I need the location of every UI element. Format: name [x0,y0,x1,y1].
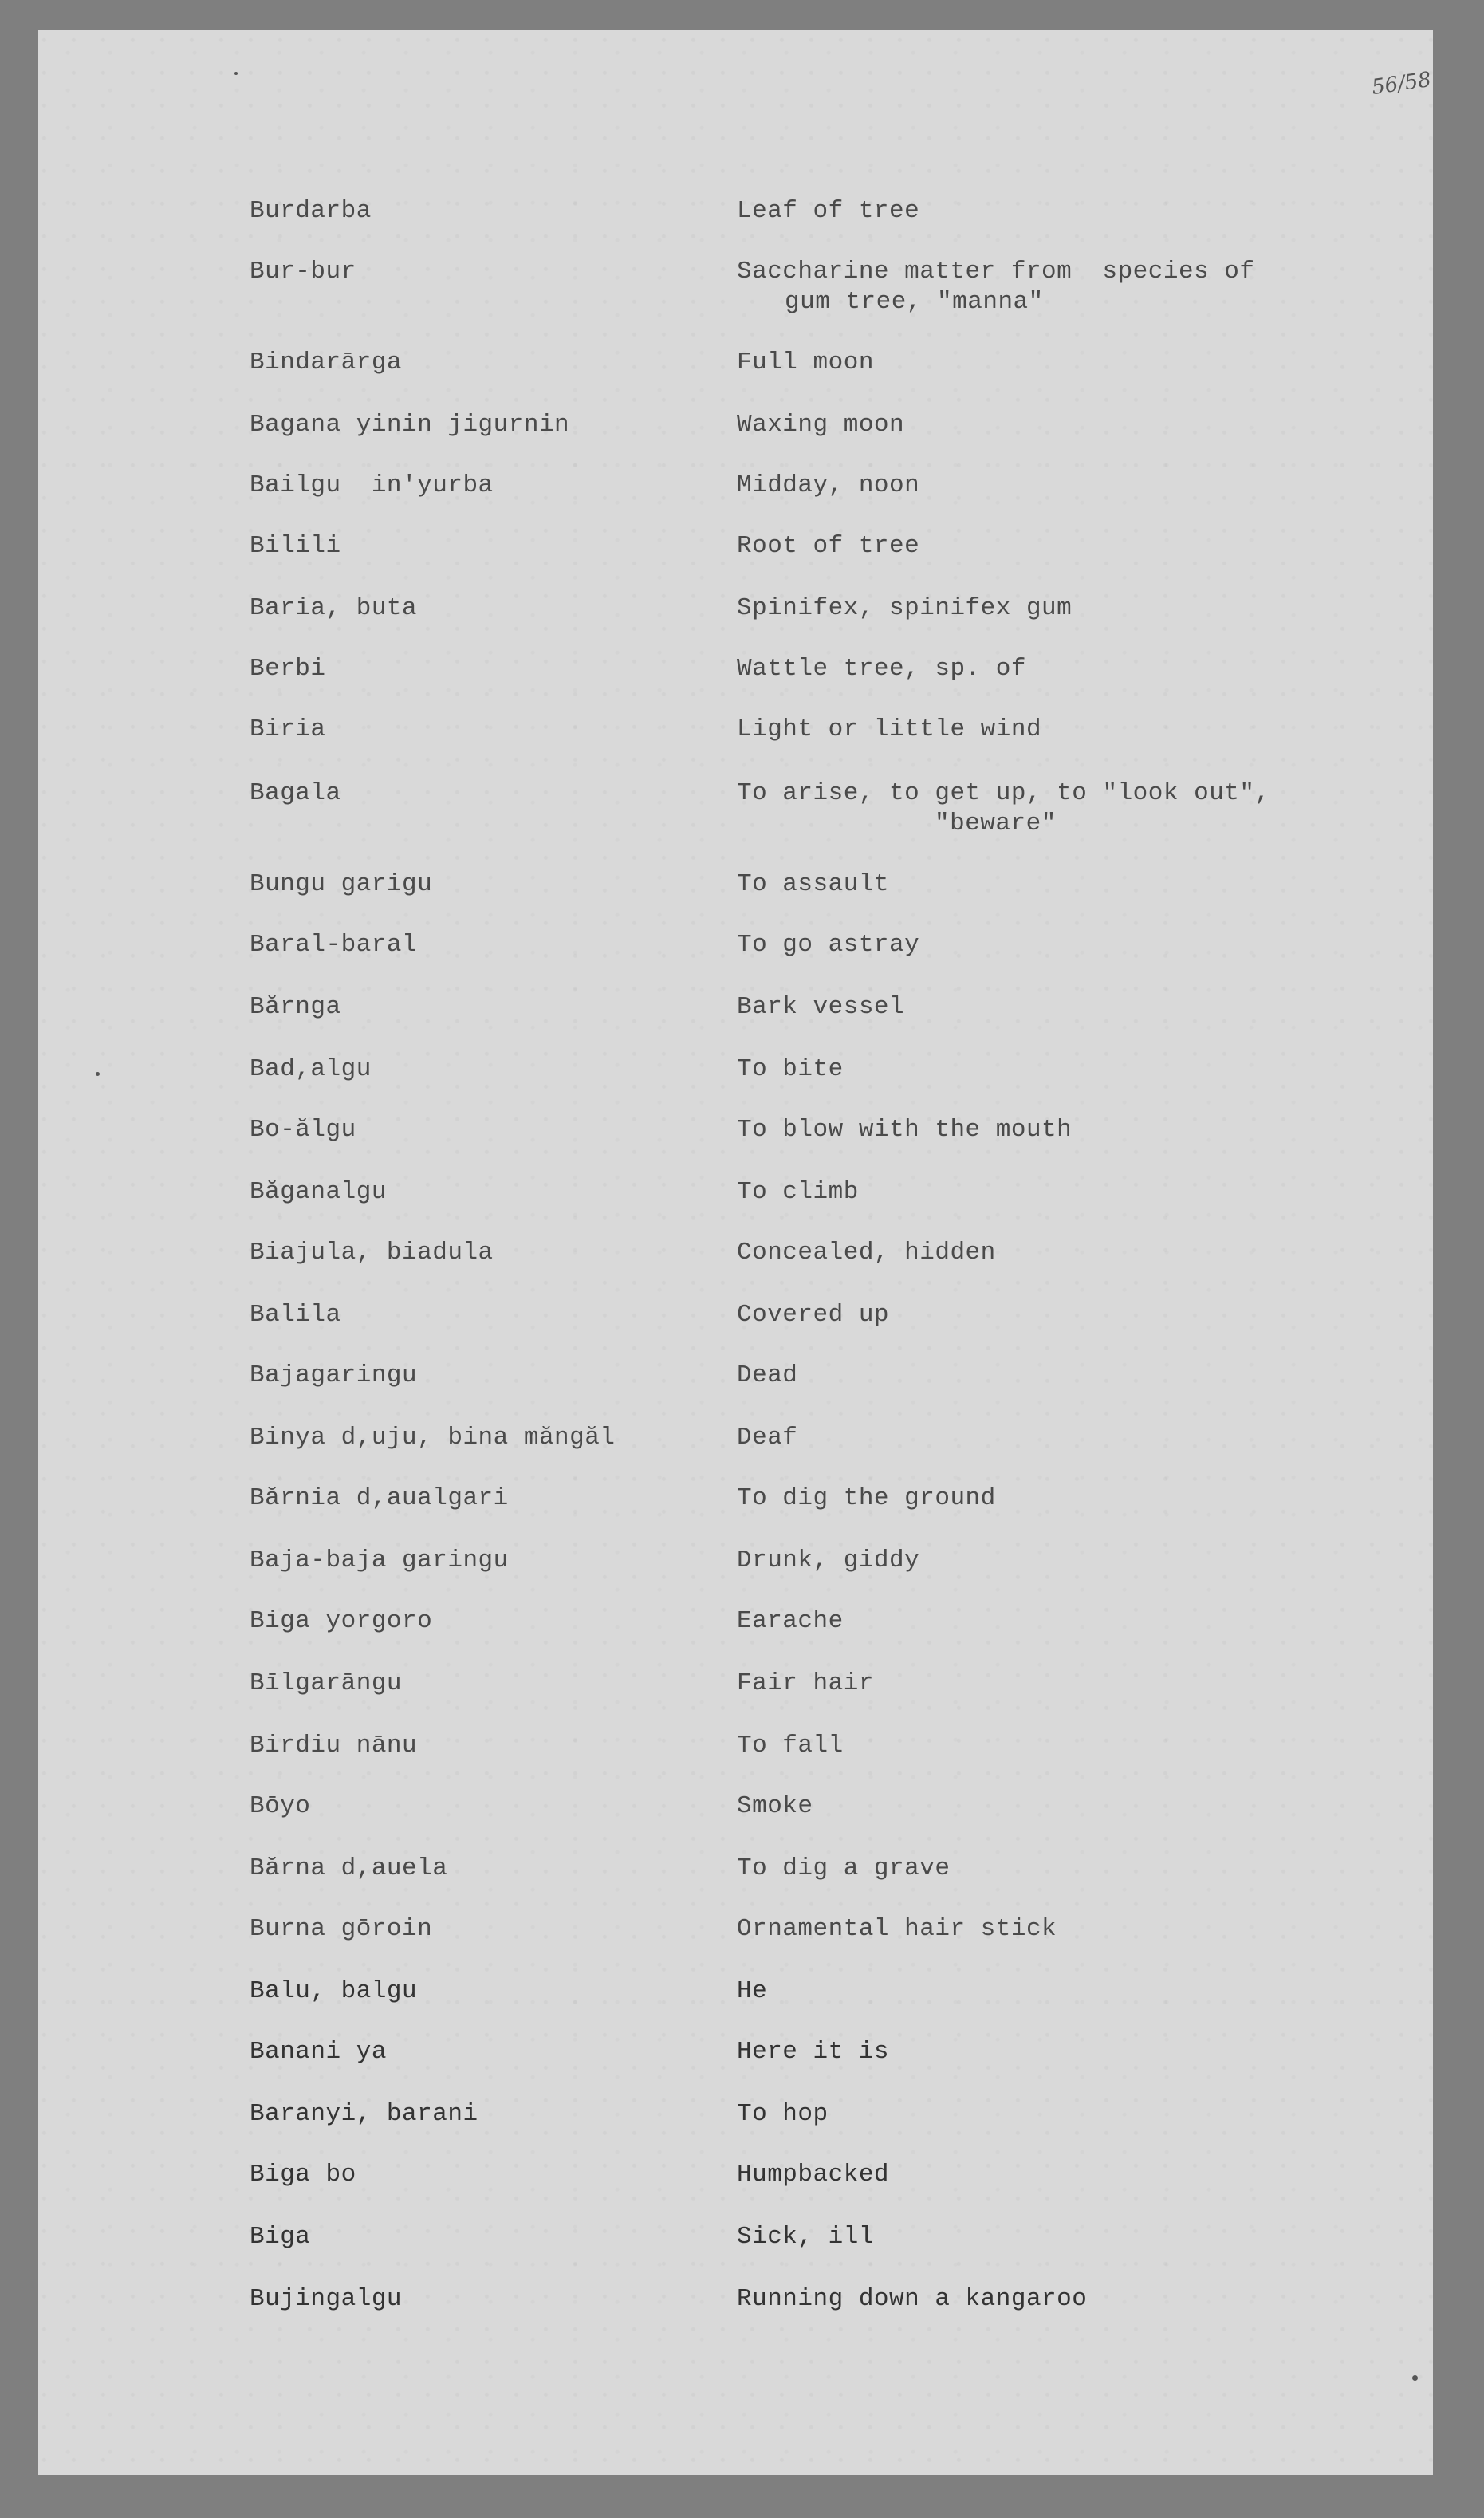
english-meaning: To go astray [737,930,919,960]
aboriginal-word: Băganalgu [250,1177,387,1208]
english-meaning: Covered up [737,1300,889,1330]
ink-speck [96,1072,100,1076]
meaning-line: Earache [737,1606,844,1637]
english-meaning: Concealed, hidden [737,1238,996,1268]
english-meaning: To hop [737,2099,829,2130]
aboriginal-word: Bagana yinin jigurnin [250,410,569,440]
aboriginal-word: Baral-baral [250,930,417,960]
english-meaning: Drunk, giddy [737,1546,919,1576]
meaning-line: He [737,1976,767,2007]
meaning-line: Smoke [737,1791,813,1822]
meaning-line: Concealed, hidden [737,1238,996,1268]
aboriginal-word: Berbi [250,654,326,684]
meaning-line: Here it is [737,2037,889,2067]
meaning-line: To assault [737,869,889,900]
meaning-line: To hop [737,2099,829,2130]
meaning-line: Fair hair [737,1669,874,1699]
meaning-line: Light or little wind [737,715,1041,745]
english-meaning: Sick, ill [737,2222,874,2252]
aboriginal-word: Bīlgarāngu [250,1669,402,1699]
aboriginal-word: Biria [250,715,326,745]
ink-speck [234,72,238,75]
aboriginal-word: Balila [250,1300,341,1330]
aboriginal-word: Biga bo [250,2160,356,2190]
english-meaning: Here it is [737,2037,889,2067]
aboriginal-word: Bărnia d,aualgari [250,1484,509,1514]
english-meaning: To arise, to get up, to "look out","bewa… [737,778,1270,839]
english-meaning: Running down a kangaroo [737,2284,1087,2315]
aboriginal-word: Bujingalgu [250,2284,402,2315]
meaning-line: Leaf of tree [737,196,919,227]
meaning-line: To dig a grave [737,1854,950,1884]
meaning-line: Root of tree [737,531,919,562]
meaning-line: To bite [737,1054,844,1085]
meaning-line: Spinifex, spinifex gum [737,593,1072,624]
aboriginal-word: Banani ya [250,2037,387,2067]
aboriginal-word: Baria, buta [250,593,417,624]
aboriginal-word: Bărnga [250,992,341,1023]
meaning-line: Humpbacked [737,2160,889,2190]
aboriginal-word: Bōyo [250,1791,310,1822]
aboriginal-word: Baranyi, barani [250,2099,478,2130]
english-meaning: Wattle tree, sp. of [737,654,1026,684]
english-meaning: Dead [737,1361,797,1391]
aboriginal-word: Biga yorgoro [250,1606,432,1637]
aboriginal-word: Bilili [250,531,341,562]
meaning-line: Drunk, giddy [737,1546,919,1576]
aboriginal-word: Binya d,uju, bina măngăl [250,1423,615,1453]
meaning-line: Full moon [737,348,874,378]
english-meaning: Root of tree [737,531,919,562]
typed-page: 56/58 BurdarbaLeaf of treeBur-burSacchar… [38,30,1433,2475]
aboriginal-word: Biga [250,2222,310,2252]
english-meaning: Spinifex, spinifex gum [737,593,1072,624]
meaning-line: Deaf [737,1423,797,1453]
meaning-line: Sick, ill [737,2222,874,2252]
page-number: 56/58 [1370,68,1432,100]
aboriginal-word: Baja-baja garingu [250,1546,509,1576]
aboriginal-word: Burdarba [250,196,372,227]
aboriginal-word: Burna gōroin [250,1914,432,1945]
aboriginal-word: Birdiu nānu [250,1731,417,1761]
aboriginal-word: Bărna d,auela [250,1854,447,1884]
english-meaning: Earache [737,1606,844,1637]
english-meaning: To climb [737,1177,859,1208]
meaning-line: To blow with the mouth [737,1115,1072,1145]
english-meaning: To dig a grave [737,1854,950,1884]
english-meaning: To blow with the mouth [737,1115,1072,1145]
aboriginal-word: Biajula, biadula [250,1238,494,1268]
meaning-line: Waxing moon [737,410,904,440]
english-meaning: Leaf of tree [737,196,919,227]
english-meaning: Deaf [737,1423,797,1453]
meaning-line: Bark vessel [737,992,904,1023]
english-meaning: Bark vessel [737,992,904,1023]
english-meaning: Fair hair [737,1669,874,1699]
aboriginal-word: Bad,algu [250,1054,372,1085]
english-meaning: To fall [737,1731,844,1761]
meaning-line: To dig the ground [737,1484,996,1514]
meaning-line: Midday, noon [737,471,919,501]
english-meaning: Ornamental hair stick [737,1914,1057,1945]
english-meaning: Full moon [737,348,874,378]
meaning-line: Wattle tree, sp. of [737,654,1026,684]
meaning-line: To fall [737,1731,844,1761]
english-meaning: He [737,1976,767,2007]
meaning-line: To arise, to get up, to "look out", [737,778,1270,809]
english-meaning: Humpbacked [737,2160,889,2190]
aboriginal-word: Bajagaringu [250,1361,417,1391]
meaning-line: Saccharine matter from species of [737,257,1255,287]
aboriginal-word: Bagala [250,778,341,809]
meaning-continuation: "beware" [737,809,1270,839]
english-meaning: Midday, noon [737,471,919,501]
aboriginal-word: Balu, balgu [250,1976,417,2007]
aboriginal-word: Bailgu in'yurba [250,471,494,501]
english-meaning: To assault [737,869,889,900]
english-meaning: To bite [737,1054,844,1085]
meaning-line: Running down a kangaroo [737,2284,1087,2315]
meaning-line: Ornamental hair stick [737,1914,1057,1945]
meaning-line: To climb [737,1177,859,1208]
aboriginal-word: Bo-ălgu [250,1115,356,1145]
english-meaning: To dig the ground [737,1484,996,1514]
english-meaning: Smoke [737,1791,813,1822]
meaning-line: Dead [737,1361,797,1391]
english-meaning: Light or little wind [737,715,1041,745]
meaning-line: To go astray [737,930,919,960]
aboriginal-word: Bindarārga [250,348,402,378]
aboriginal-word: Bur-bur [250,257,356,287]
english-meaning: Saccharine matter from species ofgum tre… [737,257,1255,317]
ink-speck [1412,2375,1418,2381]
meaning-line: Covered up [737,1300,889,1330]
english-meaning: Waxing moon [737,410,904,440]
meaning-continuation: gum tree, "manna" [737,287,1255,317]
aboriginal-word: Bungu garigu [250,869,432,900]
